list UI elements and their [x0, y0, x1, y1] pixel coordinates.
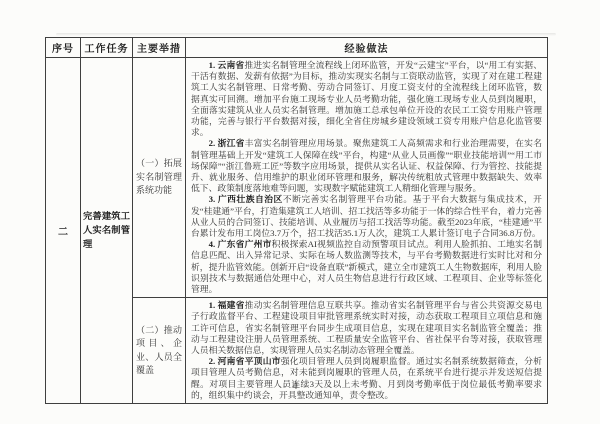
measure-cell-expand-system-functions: （一）拓展实名制管理系统功能 — [133, 58, 186, 298]
practice-lead: 2. 河南省平顶山市 — [209, 356, 281, 366]
page-number: - 4 - — [45, 382, 547, 392]
practice-lead: 1. 福建省 — [209, 300, 245, 310]
work-task-cell: 完善建筑工人实名制管理 — [81, 58, 133, 404]
practice-paragraph: 2. 河南省平顶山市强化项目管理人员到岗履职监督。通过实名制系统数据筛查，分析项… — [191, 356, 542, 401]
table-row: 二 完善建筑工人实名制管理 （一）拓展实名制管理系统功能 1. 云南省推进实名制… — [46, 58, 548, 298]
practice-paragraph: 4. 广东省广州市积极探索AI视频监控自动预警项目试点。利用人脸抓拍、工地实名制… — [191, 239, 542, 295]
practices-cell-system-functions: 1. 云南省推进实名制管理全流程线上闭环监管，开发“云建宝”平台，以“用工有实据… — [186, 58, 548, 298]
practice-text: 推进实名制管理全流程线上闭环监管，开发“云建宝”平台，以“用工有实据、干活有数据… — [191, 60, 542, 137]
practice-paragraph: 1. 福建省推动实名制管理信息互联共享。推动省实名制管理平台与省公共资源交易电子… — [191, 300, 542, 356]
practice-lead: 4. 广东省广州市 — [209, 239, 272, 249]
scanned-document-page: 序号 工作任务 主要举措 经验做法 二 完善建筑工人实名制管理 （一）拓展实名制… — [0, 0, 600, 424]
header-experience-practices: 经验做法 — [186, 38, 548, 58]
practice-lead: 3. 广西壮族自治区 — [209, 194, 283, 204]
practice-paragraph: 2. 浙江省丰富实名制管理应用场景。聚焦建筑工人高频需求和行业治理需要，在实名制… — [191, 138, 542, 194]
header-main-measures: 主要举措 — [133, 38, 186, 58]
practice-paragraph: 3. 广西壮族自治区不断完善实名制管理平台功能。基于平台大数据与集成技术，开发“… — [191, 194, 542, 239]
table-header-row: 序号 工作任务 主要举措 经验做法 — [46, 38, 548, 58]
serial-number-cell: 二 — [46, 58, 81, 404]
header-work-task: 工作任务 — [81, 38, 133, 58]
practice-lead: 1. 云南省 — [209, 60, 245, 70]
practice-lead: 2. 浙江省 — [209, 138, 245, 148]
scan-shadow-artifact — [56, 33, 556, 36]
practice-paragraph: 1. 云南省推进实名制管理全流程线上闭环监管，开发“云建宝”平台，以“用工有实据… — [191, 60, 542, 138]
header-serial-number: 序号 — [46, 38, 81, 58]
work-tasks-table: 序号 工作任务 主要举措 经验做法 二 完善建筑工人实名制管理 （一）拓展实名制… — [45, 37, 548, 404]
